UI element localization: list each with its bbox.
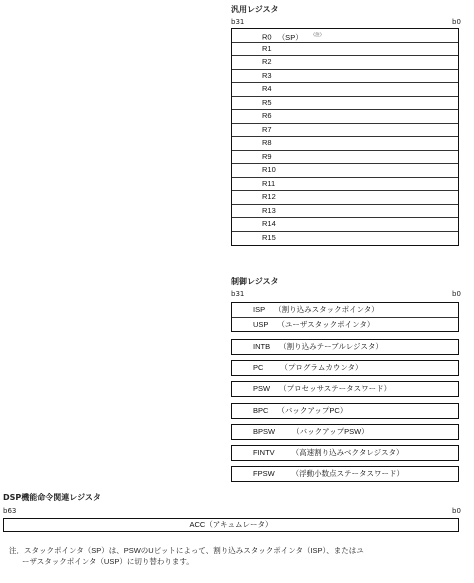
register-name: INTB (253, 340, 270, 353)
register-row: R7 (232, 124, 458, 138)
general-registers-title: 汎用レジスタ (231, 4, 279, 15)
control-register-group-sp: ISP（割り込みスタックポインタ） USP（ユーザスタックポインタ） (231, 302, 459, 332)
register-desc: （割り込みテーブルレジスタ） (279, 342, 383, 351)
gpr-lsb-label: b0 (452, 18, 461, 26)
register-row-bpc: BPC（バックアップPC） (231, 403, 459, 419)
footnote-line-2: ーザスタックポインタ（USP）に切り替わります。 (9, 556, 449, 567)
register-cell: FINTV（高速割り込みベクタレジスタ） (232, 446, 458, 460)
register-cell: PC（プログラムカウンタ） (232, 361, 458, 375)
register-row-intb: INTB（割り込みテーブルレジスタ） (231, 339, 459, 355)
register-row-fpsw: FPSW（浮動小数点ステータスワード） (231, 466, 459, 482)
general-register-table: R0 （SP） （注） R1 R2 R3 R4 R5 R6 R7 R8 R9 R… (231, 28, 459, 246)
control-registers-title: 制御レジスタ (231, 276, 279, 287)
register-desc: （高速割り込みベクタレジスタ） (292, 448, 404, 457)
register-cell: FPSW（浮動小数点ステータスワード） (232, 467, 458, 481)
register-row-isp: ISP（割り込みスタックポインタ） (232, 303, 458, 317)
register-row: R9 (232, 151, 458, 165)
register-name: FPSW (253, 467, 275, 480)
register-row: R2 (232, 56, 458, 70)
register-row: R1 (232, 43, 458, 57)
register-desc: （割り込みスタックポインタ） (274, 305, 379, 314)
register-row-acc: ACC（アキュムレータ） (3, 518, 459, 532)
dsp-lsb-label: b0 (452, 507, 461, 515)
register-name: BPC (253, 404, 268, 417)
register-cell: PSW（プロセッサステータスワード） (232, 382, 458, 396)
register-name: PSW (253, 382, 270, 395)
register-name: FINTV (253, 446, 275, 459)
note-marker: （注） (311, 32, 325, 37)
register-cell: INTB（割り込みテーブルレジスタ） (232, 340, 458, 354)
register-cell: BPC（バックアップPC） (232, 404, 458, 418)
register-name: R0 (262, 33, 272, 42)
register-row: R14 (232, 218, 458, 232)
dsp-msb-label: b63 (3, 507, 16, 515)
register-row: R13 (232, 205, 458, 219)
register-row: R10 (232, 164, 458, 178)
register-desc: （SP） (278, 33, 303, 42)
register-desc: （プロセッサステータスワード） (279, 384, 391, 393)
register-row: R15 (232, 232, 458, 246)
register-row: R8 (232, 137, 458, 151)
ctrl-lsb-label: b0 (452, 290, 461, 298)
register-cell: BPSW（バックアップPSW） (232, 425, 458, 439)
footnote: 注．スタックポインタ（SP）は、PSWのUビットによって、割り込みスタックポイン… (9, 545, 449, 567)
register-name: USP (253, 318, 268, 331)
register-desc: （プログラムカウンタ） (280, 363, 362, 372)
register-row: R12 (232, 191, 458, 205)
register-row-usp: USP（ユーザスタックポインタ） (232, 317, 458, 331)
register-row-fintv: FINTV（高速割り込みベクタレジスタ） (231, 445, 459, 461)
gpr-msb-label: b31 (231, 18, 244, 26)
register-desc: （浮動小数点ステータスワード） (292, 469, 404, 478)
register-row: R3 (232, 70, 458, 84)
register-row-bpsw: BPSW（バックアップPSW） (231, 424, 459, 440)
register-name: BPSW (253, 425, 275, 438)
register-row: R5 (232, 97, 458, 111)
footnote-line-1: 注．スタックポインタ（SP）は、PSWのUビットによって、割り込みスタックポイン… (9, 546, 364, 555)
register-name: ISP (253, 303, 265, 316)
register-name: PC (253, 361, 263, 374)
register-row: R6 (232, 110, 458, 124)
register-desc: （ユーザスタックポインタ） (277, 320, 374, 329)
register-desc: （バックアップPSW） (292, 427, 369, 436)
register-row: R11 (232, 178, 458, 192)
register-row-r0: R0 （SP） （注） (232, 29, 458, 43)
register-desc: （バックアップPC） (277, 406, 347, 415)
ctrl-msb-label: b31 (231, 290, 244, 298)
register-row-psw: PSW（プロセッサステータスワード） (231, 381, 459, 397)
dsp-registers-title: DSP機能命令関連レジスタ (3, 492, 101, 503)
register-row: R4 (232, 83, 458, 97)
register-row-pc: PC（プログラムカウンタ） (231, 360, 459, 376)
